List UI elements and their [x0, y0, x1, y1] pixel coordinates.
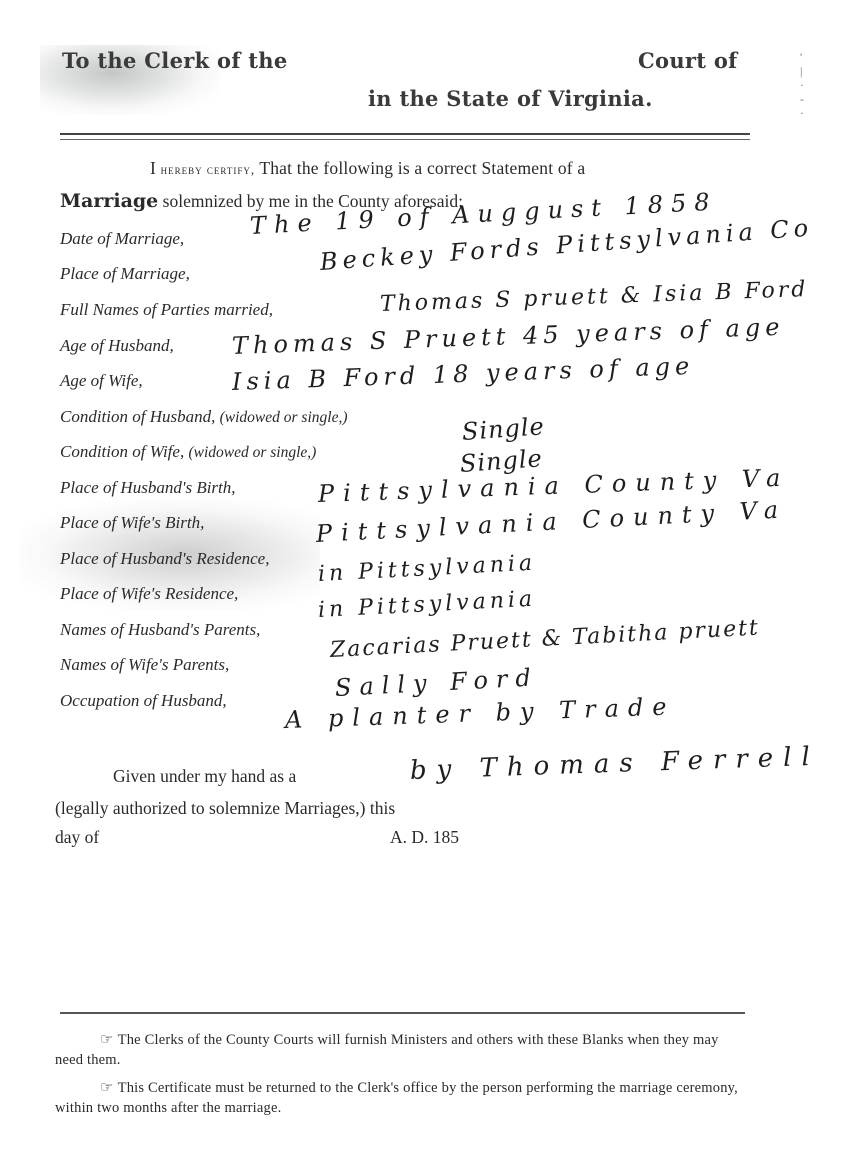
footnote-blanks: ☞The Clerks of the County Courts will fu…	[55, 1030, 745, 1070]
certify-smallcaps: hereby certify,	[161, 162, 255, 177]
field-label-wife-residence: Place of Wife's Residence,	[60, 584, 238, 604]
header-state: in the State of Virginia.	[368, 86, 653, 111]
handwritten-wife-residence: in Pittsylvania	[317, 587, 536, 623]
field-label-occupation: Occupation of Husband,	[60, 691, 227, 711]
header-to-clerk: To the Clerk of the	[62, 48, 288, 73]
field-label-age-husband: Age of Husband,	[60, 336, 174, 356]
header-divider	[60, 133, 750, 140]
edge-marks: '|·‑·	[800, 50, 816, 110]
certify-lead: I	[150, 158, 156, 178]
field-label-place: Place of Marriage,	[60, 264, 190, 284]
field-label-age-wife: Age of Wife,	[60, 371, 143, 391]
given-line-2: (legally authorized to solemnize Marriag…	[55, 798, 395, 819]
certify-statement: I hereby certify, That the following is …	[150, 158, 585, 179]
officiant-signature: by Thomas Ferrell	[409, 742, 820, 786]
footnote-return: ☞This Certificate must be returned to th…	[55, 1078, 745, 1118]
field-label-condition-wife: Condition of Wife, (widowed or single,)	[60, 442, 316, 462]
handwritten-condition-husband: Single	[461, 412, 546, 446]
given-line-1: Given under my hand as a	[113, 766, 296, 787]
handwritten-age-husband: Thomas S Pruett 45 years of age	[232, 313, 785, 360]
pointing-hand-icon: ☞	[100, 1080, 114, 1096]
field-label-husband-residence: Place of Husband's Residence,	[60, 549, 269, 569]
field-label-husband-parents: Names of Husband's Parents,	[60, 620, 260, 640]
handwritten-parties: Thomas S pruett & Isia B Ford	[380, 277, 809, 317]
certify-rest: That the following is a correct Statemen…	[259, 158, 585, 178]
field-label-date: Date of Marriage,	[60, 229, 184, 249]
pointing-hand-icon: ☞	[100, 1032, 114, 1048]
given-line-3: day of	[55, 827, 99, 848]
anno-domini: A. D. 185	[390, 827, 459, 848]
marriage-bold: Marriage	[60, 190, 158, 212]
field-label-condition-husband: Condition of Husband, (widowed or single…	[60, 407, 348, 427]
handwritten-age-wife: Isia B Ford 18 years of age	[232, 352, 695, 396]
field-label-wife-parents: Names of Wife's Parents,	[60, 655, 229, 675]
field-label-parties: Full Names of Parties married,	[60, 300, 273, 320]
handwritten-husband-parents: Zacarias Pruett & Tabitha pruett	[329, 615, 760, 662]
field-label-wife-birth: Place of Wife's Birth,	[60, 513, 204, 533]
header-court-of: Court of	[638, 48, 738, 73]
handwritten-husband-residence: in Pittsylvania	[317, 551, 536, 587]
footer-divider	[60, 1012, 745, 1014]
field-label-husband-birth: Place of Husband's Birth,	[60, 478, 236, 498]
handwritten-wife-parents: Sally Ford	[334, 663, 539, 702]
